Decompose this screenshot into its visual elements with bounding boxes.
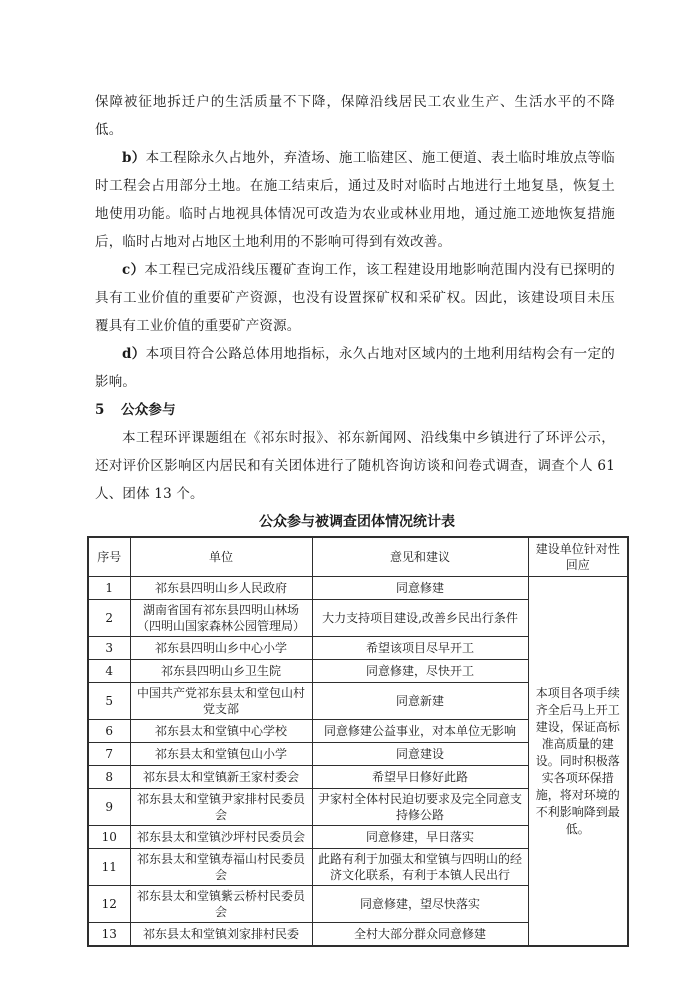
public-participation-table: 序号单位意见和建议建设单位针对性回应 1祁东县四明山乡人民政府同意修建本项目各项…: [87, 536, 629, 947]
column-header-2: 意见和建议: [312, 537, 528, 577]
row-number-cell: 9: [88, 789, 130, 826]
opinion-cell: 同意修建: [312, 577, 528, 600]
row-number-cell: 10: [88, 826, 130, 849]
row-number-cell: 5: [88, 683, 130, 720]
column-header-3: 建设单位针对性回应: [528, 537, 628, 577]
unit-cell: 祁东县太和堂镇中心学校: [130, 720, 312, 743]
section-heading: 5公众参与: [95, 396, 615, 424]
table-header-row: 序号单位意见和建议建设单位针对性回应: [88, 537, 628, 577]
document-content: 保障被征地拆迁户的生活质量不下降，保障沿线居民工农业生产、生活水平的不降低。 b…: [95, 88, 615, 947]
unit-cell: 祁东县四明山乡卫生院: [130, 660, 312, 683]
unit-cell: 祁东县太和堂镇紫云桥村民委员会: [130, 886, 312, 923]
unit-cell: 祁东县太和堂镇刘家排村民委: [130, 923, 312, 947]
opinion-cell: 同意修建，尽快开工: [312, 660, 528, 683]
unit-cell: 湖南省国有祁东县四明山林场（四明山国家森林公园管理局）: [130, 600, 312, 637]
opinion-cell: 此路有利于加强太和堂镇与四明山的经济文化联系，有利于本镇人民出行: [312, 849, 528, 886]
section-paragraph: 本工程环评课题组在《祁东时报》、祁东新闻网、沿线集中乡镇进行了环评公示，还对评价…: [95, 424, 615, 508]
row-number-cell: 4: [88, 660, 130, 683]
table-row: 1祁东县四明山乡人民政府同意修建本项目各项手续齐全后马上开工建设，保证高标准高质…: [88, 577, 628, 600]
paragraph-d: d）本项目符合公路总体用地指标，永久占地对区域内的土地利用结构会有一定的影响。: [95, 340, 615, 396]
row-number-cell: 6: [88, 720, 130, 743]
paragraph-a-continuation: 保障被征地拆迁户的生活质量不下降，保障沿线居民工农业生产、生活水平的不降低。: [95, 88, 615, 144]
paragraph-b-marker: b）: [122, 150, 146, 166]
paragraph-d-text: 本项目符合公路总体用地指标，永久占地对区域内的土地利用结构会有一定的影响。: [95, 346, 615, 390]
response-merged-cell: 本项目各项手续齐全后马上开工建设，保证高标准高质量的建设。同时积极落实各项环保措…: [528, 577, 628, 947]
row-number-cell: 11: [88, 849, 130, 886]
opinion-cell: 尹家村全体村民迫切要求及完全同意支持修公路: [312, 789, 528, 826]
row-number-cell: 1: [88, 577, 130, 600]
row-number-cell: 7: [88, 743, 130, 766]
unit-cell: 中国共产党祁东县太和堂包山村党支部: [130, 683, 312, 720]
opinion-cell: 希望该项目尽早开工: [312, 637, 528, 660]
paragraph-b: b）本工程除永久占地外，弃渣场、施工临建区、施工便道、表土临时堆放点等临时工程会…: [95, 144, 615, 256]
section-number: 5: [95, 396, 121, 424]
paragraph-c-text: 本工程已完成沿线压覆矿查询工作，该工程建设用地影响范围内没有已探明的具有工业价值…: [95, 262, 615, 334]
unit-cell: 祁东县太和堂镇新王家村委会: [130, 766, 312, 789]
column-header-1: 单位: [130, 537, 312, 577]
opinion-cell: 全村大部分群众同意修建: [312, 923, 528, 947]
document-page: 保障被征地拆迁户的生活质量不下降，保障沿线居民工农业生产、生活水平的不降低。 b…: [0, 0, 700, 990]
opinion-cell: 希望早日修好此路: [312, 766, 528, 789]
unit-cell: 祁东县四明山乡人民政府: [130, 577, 312, 600]
paragraph-d-marker: d）: [122, 346, 146, 362]
section-title: 公众参与: [121, 402, 176, 418]
row-number-cell: 12: [88, 886, 130, 923]
unit-cell: 祁东县太和堂镇沙坪村民委员会: [130, 826, 312, 849]
unit-cell: 祁东县太和堂镇尹家排村民委员会: [130, 789, 312, 826]
opinion-cell: 同意新建: [312, 683, 528, 720]
unit-cell: 祁东县太和堂镇寿福山村民委员会: [130, 849, 312, 886]
column-header-0: 序号: [88, 537, 130, 577]
opinion-cell: 大力支持项目建设,改善乡民出行条件: [312, 600, 528, 637]
paragraph-c: c）本工程已完成沿线压覆矿查询工作，该工程建设用地影响范围内没有已探明的具有工业…: [95, 256, 615, 340]
paragraph-c-marker: c）: [122, 262, 144, 278]
opinion-cell: 同意修建，望尽快落实: [312, 886, 528, 923]
paragraph-b-text: 本工程除永久占地外，弃渣场、施工临建区、施工便道、表土临时堆放点等临时工程会占用…: [95, 150, 615, 250]
row-number-cell: 3: [88, 637, 130, 660]
row-number-cell: 13: [88, 923, 130, 947]
row-number-cell: 2: [88, 600, 130, 637]
row-number-cell: 8: [88, 766, 130, 789]
table-title: 公众参与被调查团体情况统计表: [87, 508, 627, 536]
opinion-cell: 同意建设: [312, 743, 528, 766]
unit-cell: 祁东县太和堂镇包山小学: [130, 743, 312, 766]
unit-cell: 祁东县四明山乡中心小学: [130, 637, 312, 660]
opinion-cell: 同意修建公益事业，对本单位无影响: [312, 720, 528, 743]
opinion-cell: 同意修建，早日落实: [312, 826, 528, 849]
